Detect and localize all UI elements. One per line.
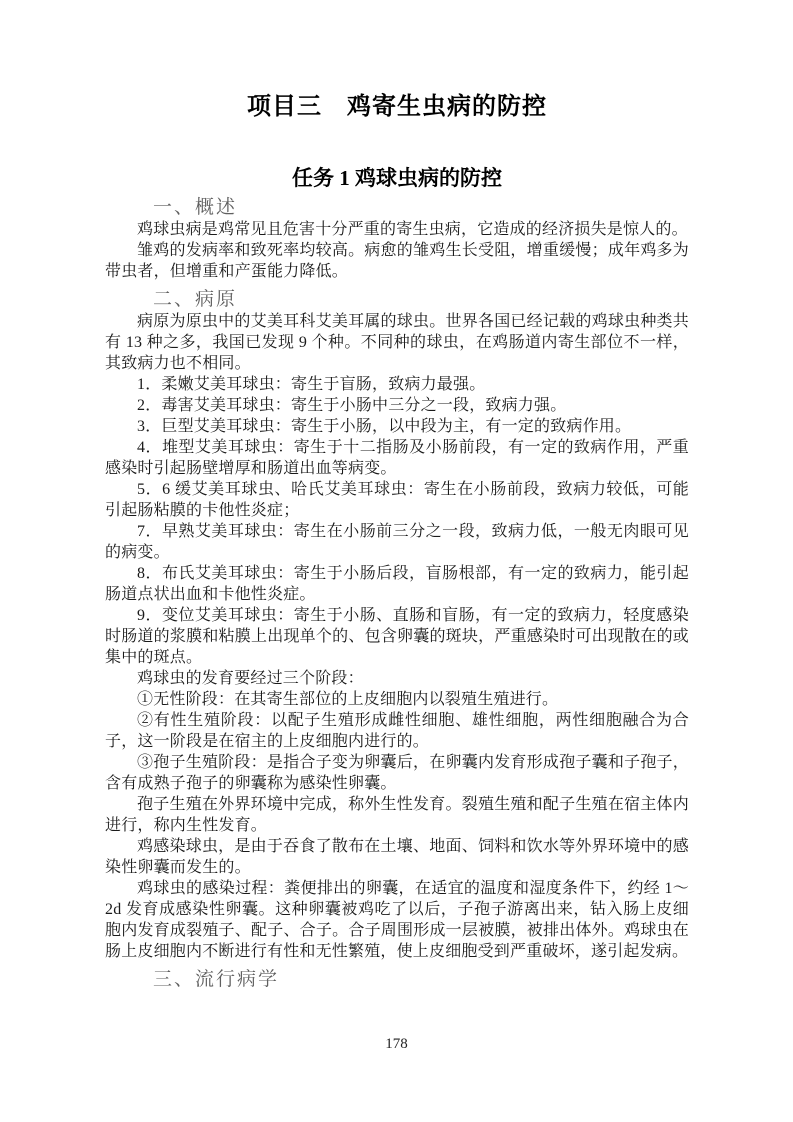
document-body: 一、概述鸡球虫病是鸡常见且危害十分严重的寄生虫病，它造成的经济损失是惊人的。雏鸡… <box>105 197 689 991</box>
paragraph: 4．堆型艾美耳球虫：寄生于十二指肠及小肠前段，有一定的致病作用，严重感染时引起肠… <box>105 437 689 479</box>
paragraph: 雏鸡的发病率和致死率均较高。病愈的雏鸡生长受阻，增重缓慢；成年鸡多为带虫者，但增… <box>105 240 689 282</box>
paragraph: 鸡感染球虫，是由于吞食了散布在土壤、地面、饲料和饮水等外界环境中的感染性卵囊而发… <box>105 836 689 878</box>
document-page: 项目三 鸡寄生虫病的防控 任务 1 鸡球虫病的防控 一、概述鸡球虫病是鸡常见且危… <box>0 0 793 1122</box>
paragraph: 鸡球虫的感染过程：粪便排出的卵囊，在适宜的温度和湿度条件下，约经 1～2d 发育… <box>105 878 689 962</box>
chapter-title: 项目三 鸡寄生虫病的防控 <box>105 94 689 120</box>
section-heading: 三、流行病学 <box>153 969 689 991</box>
paragraph: 5．6 缓艾美耳球虫、哈氏艾美耳球虫：寄生在小肠前段，致病力较低，可能引起肠粘膜… <box>105 479 689 521</box>
paragraph: ②有性生殖阶段：以配子生殖形成雌性细胞、雄性细胞，两性细胞融合为合子，这一阶段是… <box>105 710 689 752</box>
section-heading: 二、病原 <box>153 289 689 311</box>
paragraph: 9．变位艾美耳球虫：寄生于小肠、直肠和盲肠，有一定的致病力，轻度感染时肠道的浆膜… <box>105 605 689 668</box>
paragraph: 鸡球虫病是鸡常见且危害十分严重的寄生虫病，它造成的经济损失是惊人的。 <box>105 219 689 240</box>
paragraph: 2．毒害艾美耳球虫：寄生于小肠中三分之一段，致病力强。 <box>105 395 689 416</box>
paragraph: ①无性阶段：在其寄生部位的上皮细胞内以裂殖生殖进行。 <box>105 689 689 710</box>
paragraph: 3．巨型艾美耳球虫：寄生于小肠，以中段为主，有一定的致病作用。 <box>105 416 689 437</box>
paragraph: 1．柔嫩艾美耳球虫：寄生于盲肠，致病力最强。 <box>105 374 689 395</box>
paragraph: 7．早熟艾美耳球虫：寄生在小肠前三分之一段，致病力低，一般无肉眼可见的病变。 <box>105 521 689 563</box>
paragraph: 病原为原虫中的艾美耳科艾美耳属的球虫。世界各国已经记载的鸡球虫种类共有 13 种… <box>105 311 689 374</box>
document-content: 项目三 鸡寄生虫病的防控 任务 1 鸡球虫病的防控 一、概述鸡球虫病是鸡常见且危… <box>105 85 689 991</box>
section-heading: 一、概述 <box>153 197 689 219</box>
paragraph: 孢子生殖在外界环境中完成，称外生性发育。裂殖生殖和配子生殖在宿主体内进行，称内生… <box>105 794 689 836</box>
paragraph: 鸡球虫的发育要经过三个阶段： <box>105 668 689 689</box>
paragraph: ③孢子生殖阶段：是指合子变为卵囊后，在卵囊内发育形成孢子囊和子孢子，含有成熟子孢… <box>105 752 689 794</box>
page-number: 178 <box>0 1036 793 1053</box>
task-title: 任务 1 鸡球虫病的防控 <box>105 167 689 190</box>
paragraph: 8．布氏艾美耳球虫：寄生于小肠后段，盲肠根部，有一定的致病力，能引起肠道点状出血… <box>105 563 689 605</box>
